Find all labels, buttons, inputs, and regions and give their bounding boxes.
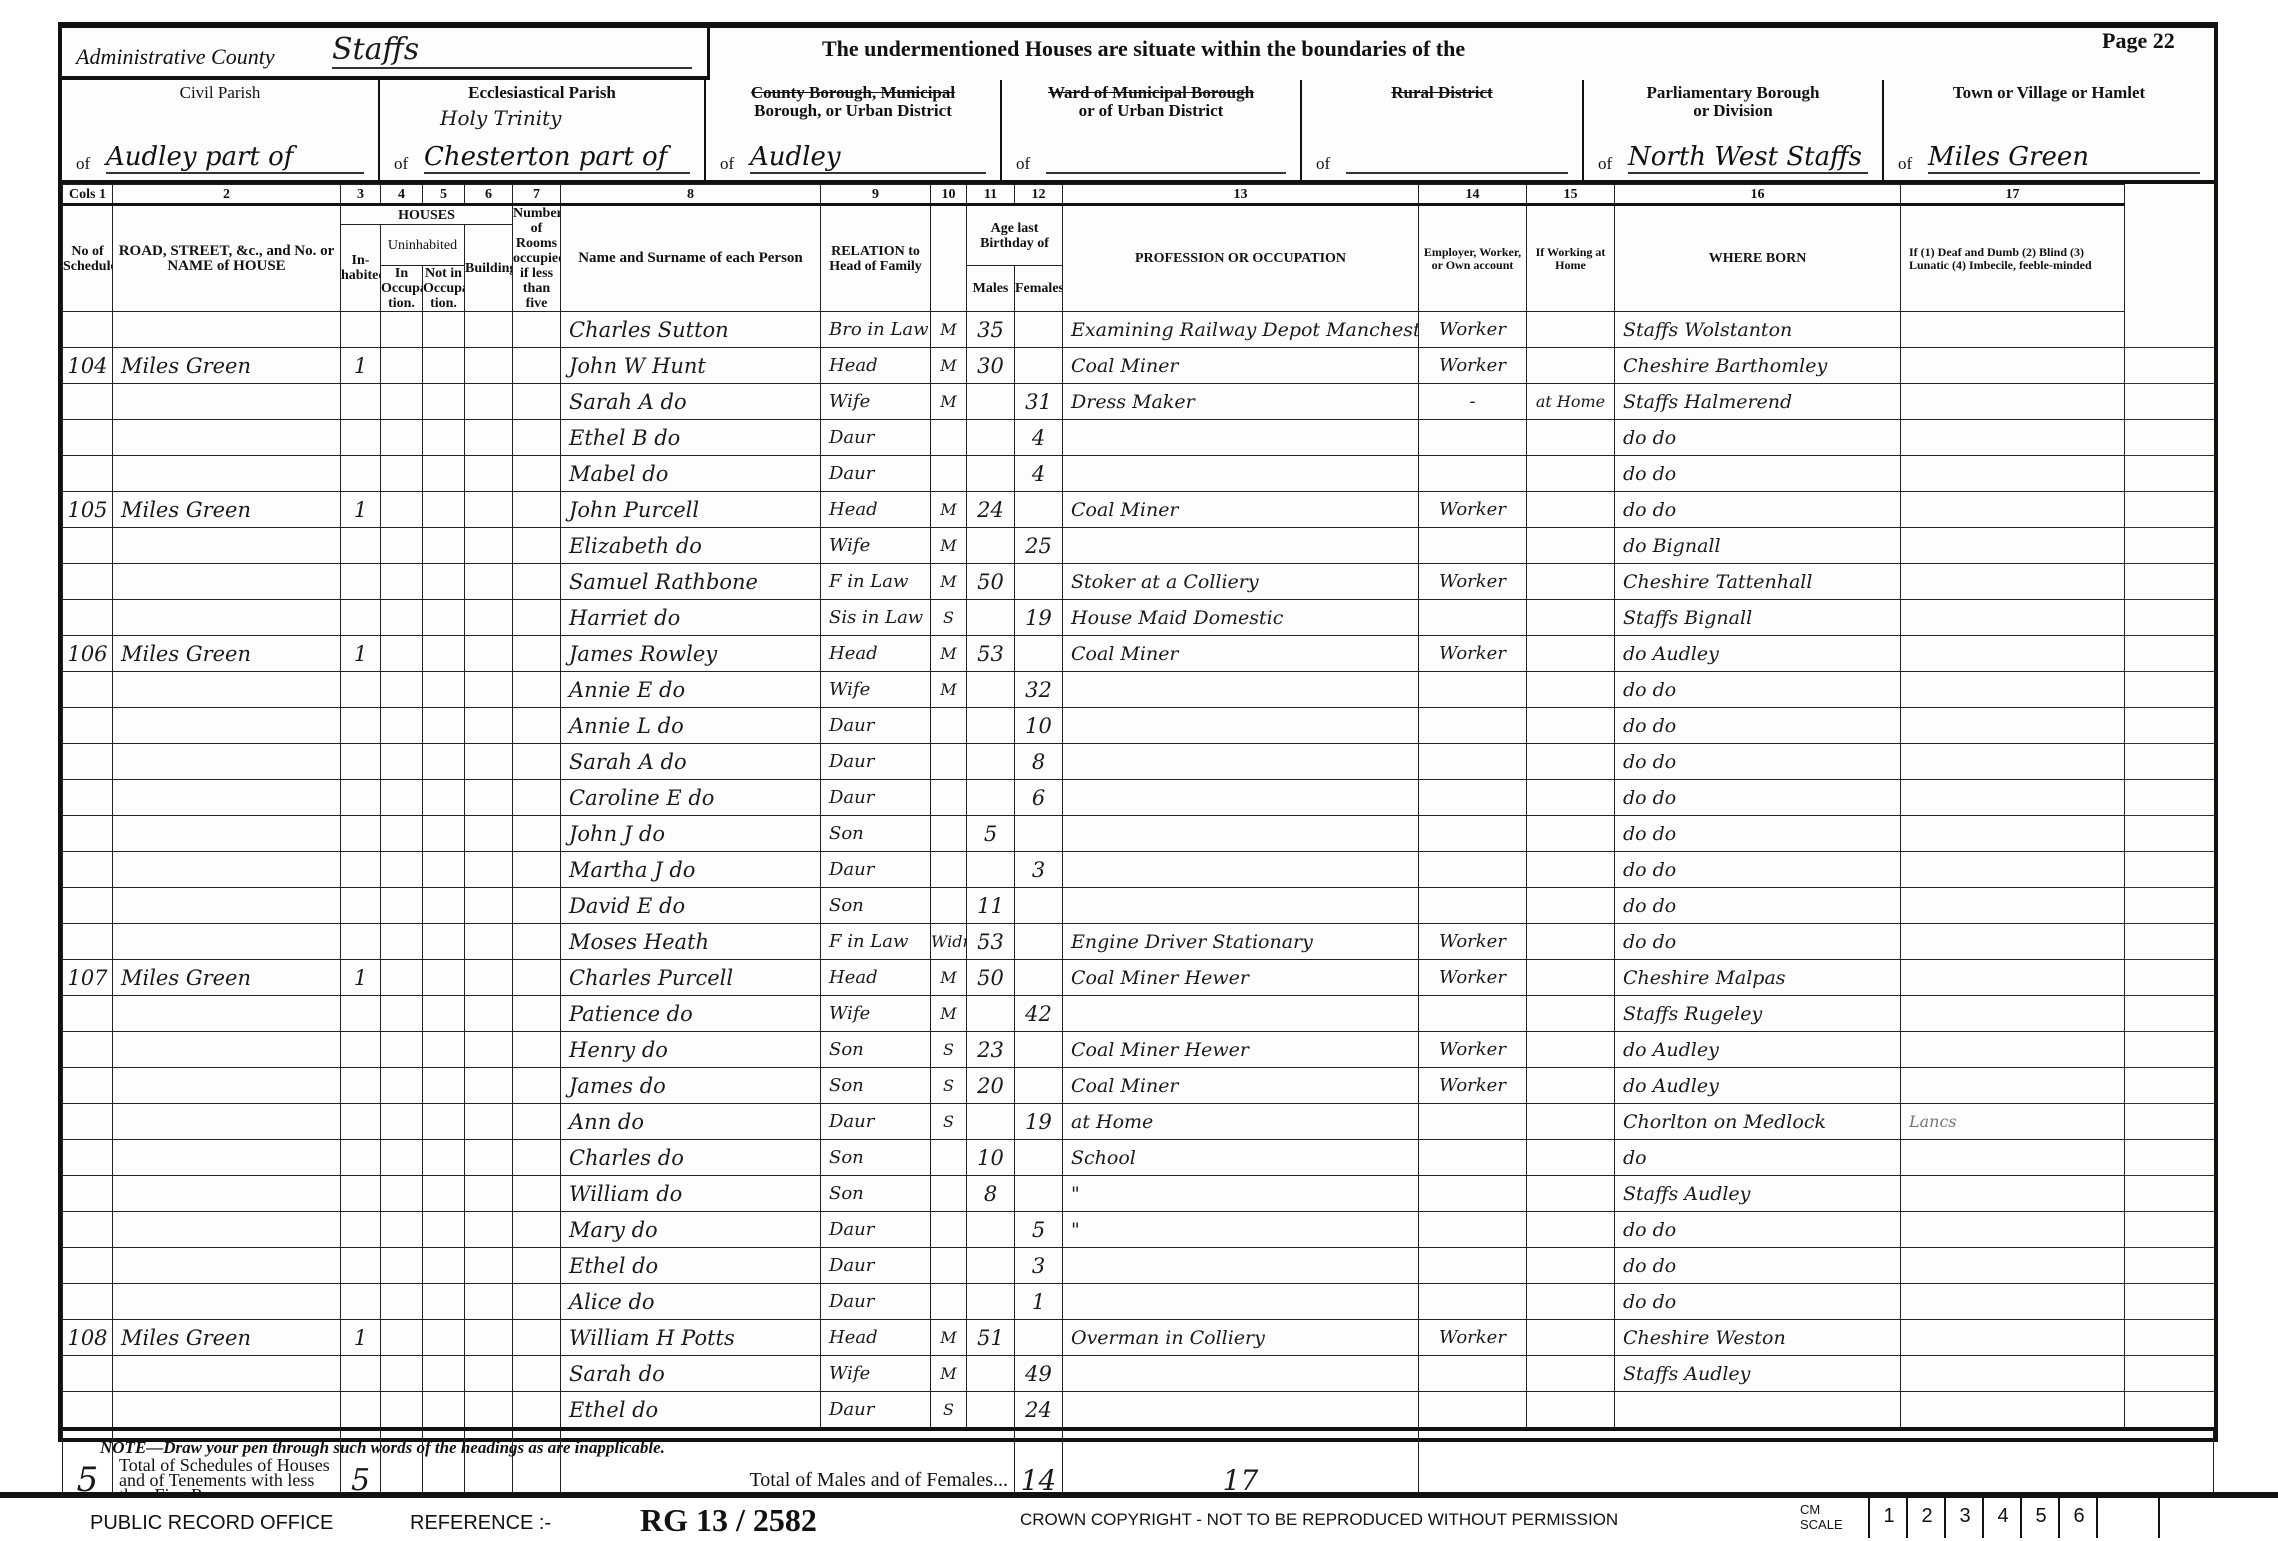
schedule-number: 107 xyxy=(63,960,113,996)
female-age: 8 xyxy=(1015,744,1063,780)
inhabited-count xyxy=(341,600,381,636)
birthplace: do Audley xyxy=(1615,1032,1901,1068)
road-name xyxy=(113,1356,341,1392)
infirmity xyxy=(1901,1248,2125,1284)
employment-status xyxy=(1419,852,1527,888)
relation-to-head: Daur xyxy=(821,456,931,492)
not-in-occupation-cell xyxy=(423,312,465,348)
infirmity xyxy=(1901,672,2125,708)
inhabited-count xyxy=(341,672,381,708)
infirmity xyxy=(1901,924,2125,960)
road-name xyxy=(113,996,341,1032)
infirmity xyxy=(1901,708,2125,744)
relation-to-head: Wife xyxy=(821,996,931,1032)
person-name: Sarah A do xyxy=(561,384,821,420)
marital-condition: S xyxy=(931,1068,967,1104)
employment-status xyxy=(1419,600,1527,636)
marital-condition: M xyxy=(931,996,967,1032)
reference-label: REFERENCE :- xyxy=(410,1512,551,1535)
birthplace: Staffs Halmerend xyxy=(1615,384,1901,420)
working-at-home xyxy=(1527,1068,1615,1104)
employment-status: Worker xyxy=(1419,924,1527,960)
schedule-number xyxy=(63,528,113,564)
in-occupation-cell xyxy=(381,1068,423,1104)
parliamentary-value: North West Staffs xyxy=(1628,142,1868,174)
occupation: Stoker at a Colliery xyxy=(1063,564,1419,600)
infirmity xyxy=(1901,312,2125,348)
not-in-occupation-cell xyxy=(423,600,465,636)
inhabited-count: 1 xyxy=(341,1320,381,1356)
working-at-home xyxy=(1527,564,1615,600)
building-cell xyxy=(465,1176,513,1212)
infirmity xyxy=(1901,564,2125,600)
birthplace: Cheshire Weston xyxy=(1615,1320,1901,1356)
relation-to-head: Daur xyxy=(821,1392,931,1430)
not-in-occupation-cell xyxy=(423,1248,465,1284)
working-at-home xyxy=(1527,420,1615,456)
col-number: 10 xyxy=(931,185,967,205)
relation-heading: RELATION to Head of Family xyxy=(821,205,931,312)
working-at-home xyxy=(1527,492,1615,528)
table-row: Mabel do Daur 4 do do xyxy=(63,456,2214,492)
occupation: School xyxy=(1063,1140,1419,1176)
infirmity xyxy=(1901,420,2125,456)
in-occupation-cell xyxy=(381,888,423,924)
occupation xyxy=(1063,996,1419,1032)
inhabited-count xyxy=(341,528,381,564)
relation-to-head: Head xyxy=(821,492,931,528)
rooms-cell xyxy=(513,348,561,384)
female-age: 5 xyxy=(1015,1212,1063,1248)
in-occupation-cell xyxy=(381,420,423,456)
road-name xyxy=(113,924,341,960)
condition-heading: Condition as to Marriage xyxy=(931,205,967,312)
rooms-cell xyxy=(513,1104,561,1140)
employment-status xyxy=(1419,456,1527,492)
birthplace: do do xyxy=(1615,1284,1901,1320)
building-cell xyxy=(465,960,513,996)
male-age xyxy=(967,1248,1015,1284)
person-name: David E do xyxy=(561,888,821,924)
occupation-heading: PROFESSION OR OCCUPATION xyxy=(1063,205,1419,312)
rooms-cell xyxy=(513,708,561,744)
boundaries-row: Civil Parish of Audley part of Ecclesias… xyxy=(62,80,2214,184)
archive-reference: RG 13 / 2582 xyxy=(640,1502,817,1539)
marital-condition: S xyxy=(931,1392,967,1430)
marital-condition: M xyxy=(931,564,967,600)
rural-district-value xyxy=(1346,172,1568,174)
table-row: Harriet do Sis in Law S 19 House Maid Do… xyxy=(63,600,2214,636)
relation-to-head: Daur xyxy=(821,744,931,780)
col-number: 14 xyxy=(1419,185,1527,205)
female-age: 10 xyxy=(1015,708,1063,744)
male-age xyxy=(967,384,1015,420)
employment-status xyxy=(1419,1284,1527,1320)
birthplace: Staffs Audley xyxy=(1615,1356,1901,1392)
ecclesiastical-parish-field: Ecclesiastical Parish Holy Trinity of Ch… xyxy=(380,80,706,180)
female-age xyxy=(1015,636,1063,672)
in-occupation-cell xyxy=(381,528,423,564)
working-at-home xyxy=(1527,312,1615,348)
employment-status: Worker xyxy=(1419,348,1527,384)
road-name xyxy=(113,708,341,744)
birthplace: do do xyxy=(1615,672,1901,708)
road-name xyxy=(113,1392,341,1430)
table-row: 107 Miles Green 1 Charles Purcell Head M… xyxy=(63,960,2214,996)
col-number: 16 xyxy=(1615,185,1901,205)
in-occupation-cell xyxy=(381,708,423,744)
infirmity xyxy=(1901,600,2125,636)
inhabited-count xyxy=(341,1248,381,1284)
occupation xyxy=(1063,420,1419,456)
not-in-occupation-cell xyxy=(423,420,465,456)
ecclesiastical-parish-label: Ecclesiastical Parish xyxy=(380,84,704,102)
person-name: Patience do xyxy=(561,996,821,1032)
table-row: William do Son 8 " Staffs Audley xyxy=(63,1176,2214,1212)
col-number: 2 xyxy=(113,185,341,205)
table-row: Ethel do Daur 3 do do xyxy=(63,1248,2214,1284)
of-label: of xyxy=(1898,154,1912,174)
male-age: 50 xyxy=(967,960,1015,996)
houses-heading: HOUSES xyxy=(341,205,513,225)
instruction-note: NOTE—Draw your pen through such words of… xyxy=(100,1438,665,1458)
not-in-occupation-cell xyxy=(423,1284,465,1320)
in-occupation-cell xyxy=(381,1284,423,1320)
inhabited-count xyxy=(341,708,381,744)
in-occupation-cell xyxy=(381,816,423,852)
birthplace: Cheshire Tattenhall xyxy=(1615,564,1901,600)
male-age: 23 xyxy=(967,1032,1015,1068)
scale-label: CM SCALE xyxy=(1800,1502,1840,1532)
infirmity xyxy=(1901,528,2125,564)
schedule-number xyxy=(63,1212,113,1248)
in-occupation-cell xyxy=(381,672,423,708)
employment-status: Worker xyxy=(1419,564,1527,600)
relation-to-head: Son xyxy=(821,1068,931,1104)
employment-status xyxy=(1419,996,1527,1032)
age-heading: Age last Birthday of xyxy=(967,205,1063,266)
occupation xyxy=(1063,1248,1419,1284)
road-name xyxy=(113,816,341,852)
occupation: at Home xyxy=(1063,1104,1419,1140)
marital-condition xyxy=(931,1284,967,1320)
female-age: 19 xyxy=(1015,600,1063,636)
relation-to-head: Sis in Law xyxy=(821,600,931,636)
birthplace: do xyxy=(1615,1140,1901,1176)
building-cell xyxy=(465,1104,513,1140)
marital-condition: M xyxy=(931,348,967,384)
female-age xyxy=(1015,312,1063,348)
infirmity xyxy=(1901,456,2125,492)
birthplace: Cheshire Barthomley xyxy=(1615,348,1901,384)
marital-condition: M xyxy=(931,1320,967,1356)
female-age: 42 xyxy=(1015,996,1063,1032)
person-name: Caroline E do xyxy=(561,780,821,816)
male-age xyxy=(967,1284,1015,1320)
admin-county-box: Administrative County Staffs xyxy=(62,28,710,80)
working-at-home xyxy=(1527,1140,1615,1176)
civil-parish-value: Audley part of xyxy=(106,142,364,174)
birthplace: do do xyxy=(1615,744,1901,780)
county-borough-label-struck: County Borough, Municipal xyxy=(706,84,1000,102)
urban-district-value: Audley xyxy=(750,142,986,174)
schedule-number xyxy=(63,1392,113,1430)
road-name xyxy=(113,1068,341,1104)
female-age xyxy=(1015,348,1063,384)
person-name: Elizabeth do xyxy=(561,528,821,564)
in-occupation-cell xyxy=(381,312,423,348)
in-occupation-cell xyxy=(381,1104,423,1140)
building-cell xyxy=(465,888,513,924)
person-name: Annie E do xyxy=(561,672,821,708)
road-name xyxy=(113,1140,341,1176)
working-at-home-heading: If Working at Home xyxy=(1527,205,1615,312)
inhabited-count xyxy=(341,996,381,1032)
col-number: 4 xyxy=(381,185,423,205)
male-age: 24 xyxy=(967,492,1015,528)
person-name: Annie L do xyxy=(561,708,821,744)
not-in-occupation-cell xyxy=(423,780,465,816)
schedule-number: 108 xyxy=(63,1320,113,1356)
town-value: Miles Green xyxy=(1928,142,2200,174)
marital-condition: M xyxy=(931,960,967,996)
employment-status xyxy=(1419,780,1527,816)
copyright-notice: CROWN COPYRIGHT - NOT TO BE REPRODUCED W… xyxy=(1020,1510,1618,1530)
of-label: of xyxy=(1016,154,1030,174)
ward-value xyxy=(1046,172,1286,174)
male-age xyxy=(967,1392,1015,1430)
male-age: 30 xyxy=(967,348,1015,384)
occupation xyxy=(1063,744,1419,780)
birthplace: Staffs Audley xyxy=(1615,1176,1901,1212)
ward-label-struck: Ward of Municipal Borough xyxy=(1002,84,1300,102)
table-row: Annie L do Daur 10 do do xyxy=(63,708,2214,744)
infirmity-heading: If (1) Deaf and Dumb (2) Blind (3) Lunat… xyxy=(1901,205,2125,312)
relation-to-head: Son xyxy=(821,816,931,852)
building-heading: Building xyxy=(465,225,513,312)
employment-status xyxy=(1419,528,1527,564)
table-row: Annie E do Wife M 32 do do xyxy=(63,672,2214,708)
ward-label: or of Urban District xyxy=(1002,102,1300,120)
in-occupation-cell xyxy=(381,1392,423,1430)
marital-condition: M xyxy=(931,492,967,528)
rooms-cell xyxy=(513,312,561,348)
not-in-occupation-cell xyxy=(423,636,465,672)
col-number: 8 xyxy=(561,185,821,205)
infirmity xyxy=(1901,1032,2125,1068)
rooms-cell xyxy=(513,456,561,492)
birthplace: do do xyxy=(1615,456,1901,492)
infirmity xyxy=(1901,852,2125,888)
birthplace: do do xyxy=(1615,420,1901,456)
building-cell xyxy=(465,636,513,672)
of-label: of xyxy=(1316,154,1330,174)
rooms-cell xyxy=(513,1140,561,1176)
birthplace: do do xyxy=(1615,780,1901,816)
occupation xyxy=(1063,1356,1419,1392)
name-heading: Name and Surname of each Person xyxy=(561,205,821,312)
female-age xyxy=(1015,1176,1063,1212)
building-cell xyxy=(465,348,513,384)
col-number: 13 xyxy=(1063,185,1419,205)
col-number: 9 xyxy=(821,185,931,205)
occupation: Coal Miner xyxy=(1063,1068,1419,1104)
occupation: Coal Miner xyxy=(1063,636,1419,672)
occupation: Coal Miner Hewer xyxy=(1063,960,1419,996)
table-row: Patience do Wife M 42 Staffs Rugeley xyxy=(63,996,2214,1032)
in-occupation-heading: In Occupa-tion. xyxy=(381,266,423,312)
birthplace: do do xyxy=(1615,816,1901,852)
infirmity xyxy=(1901,1140,2125,1176)
inhabited-count xyxy=(341,1212,381,1248)
female-age xyxy=(1015,888,1063,924)
schedule-number xyxy=(63,1284,113,1320)
road-name xyxy=(113,528,341,564)
marital-condition xyxy=(931,888,967,924)
infirmity xyxy=(1901,1392,2125,1430)
of-label: of xyxy=(394,154,408,174)
birthplace: do do xyxy=(1615,852,1901,888)
col-number: 6 xyxy=(465,185,513,205)
relation-to-head: Head xyxy=(821,636,931,672)
road-name xyxy=(113,744,341,780)
employment-status xyxy=(1419,1392,1527,1430)
not-in-occupation-cell xyxy=(423,744,465,780)
building-cell xyxy=(465,528,513,564)
scale-mark: 6 xyxy=(2058,1498,2098,1538)
marital-condition: Widr xyxy=(931,924,967,960)
table-row: Sarah do Wife M 49 Staffs Audley xyxy=(63,1356,2214,1392)
column-numbers-row: Cols 1 2 3 4 5 6 7 8 9 10 11 12 13 14 15… xyxy=(63,185,2214,205)
occupation xyxy=(1063,456,1419,492)
rooms-cell xyxy=(513,384,561,420)
col-number: 15 xyxy=(1527,185,1615,205)
in-occupation-cell xyxy=(381,1176,423,1212)
not-in-occupation-cell xyxy=(423,384,465,420)
schedule-number: 104 xyxy=(63,348,113,384)
birthplace: Staffs Rugeley xyxy=(1615,996,1901,1032)
person-name: Mabel do xyxy=(561,456,821,492)
schedule-number xyxy=(63,1104,113,1140)
birthplace: Cheshire Malpas xyxy=(1615,960,1901,996)
female-age: 3 xyxy=(1015,852,1063,888)
marital-condition xyxy=(931,1212,967,1248)
of-label: of xyxy=(720,154,734,174)
relation-to-head: F in Law xyxy=(821,924,931,960)
parliamentary-field: Parliamentary Borough or Division of Nor… xyxy=(1584,80,1884,180)
inhabited-count xyxy=(341,1284,381,1320)
road-name: Miles Green xyxy=(113,960,341,996)
relation-to-head: F in Law xyxy=(821,564,931,600)
rooms-cell xyxy=(513,1248,561,1284)
urban-district-field: County Borough, Municipal Borough, or Ur… xyxy=(706,80,1002,180)
relation-to-head: Daur xyxy=(821,780,931,816)
marital-condition xyxy=(931,852,967,888)
rooms-cell xyxy=(513,600,561,636)
schedule-number xyxy=(63,1176,113,1212)
male-age xyxy=(967,996,1015,1032)
female-age xyxy=(1015,924,1063,960)
schedule-number xyxy=(63,996,113,1032)
working-at-home xyxy=(1527,1032,1615,1068)
male-age: 5 xyxy=(967,816,1015,852)
building-cell xyxy=(465,924,513,960)
not-in-occupation-cell xyxy=(423,816,465,852)
occupation xyxy=(1063,528,1419,564)
road-name xyxy=(113,672,341,708)
females-heading: Females xyxy=(1015,266,1063,312)
working-at-home xyxy=(1527,1356,1615,1392)
male-age xyxy=(967,744,1015,780)
in-occupation-cell xyxy=(381,852,423,888)
female-age xyxy=(1015,1032,1063,1068)
infirmity xyxy=(1901,744,2125,780)
rooms-cell xyxy=(513,888,561,924)
relation-to-head: Daur xyxy=(821,852,931,888)
marital-condition xyxy=(931,456,967,492)
male-age xyxy=(967,708,1015,744)
inhabited-count xyxy=(341,456,381,492)
males-heading: Males xyxy=(967,266,1015,312)
person-name: James Rowley xyxy=(561,636,821,672)
rooms-cell xyxy=(513,996,561,1032)
table-row: Ethel do Daur S 24 xyxy=(63,1392,2214,1430)
inhabited-count xyxy=(341,1068,381,1104)
marital-condition xyxy=(931,744,967,780)
building-cell xyxy=(465,1248,513,1284)
female-age: 49 xyxy=(1015,1356,1063,1392)
working-at-home xyxy=(1527,960,1615,996)
marital-condition: M xyxy=(931,636,967,672)
urban-district-label: Borough, or Urban District xyxy=(706,102,1000,120)
working-at-home xyxy=(1527,672,1615,708)
not-in-occupation-cell xyxy=(423,1320,465,1356)
person-name: Harriet do xyxy=(561,600,821,636)
infirmity xyxy=(1901,492,2125,528)
marital-condition xyxy=(931,1140,967,1176)
female-age: 4 xyxy=(1015,420,1063,456)
in-occupation-cell xyxy=(381,636,423,672)
building-cell xyxy=(465,492,513,528)
infirmity xyxy=(1901,816,2125,852)
schedule-number xyxy=(63,888,113,924)
of-label: of xyxy=(1598,154,1612,174)
road-name xyxy=(113,780,341,816)
person-name: Ethel B do xyxy=(561,420,821,456)
employer-heading: Employer, Worker, or Own account xyxy=(1419,205,1527,312)
inhabited-count xyxy=(341,564,381,600)
birthplace: do do xyxy=(1615,492,1901,528)
occupation: Coal Miner xyxy=(1063,492,1419,528)
table-row: Martha J do Daur 3 do do xyxy=(63,852,2214,888)
employment-status xyxy=(1419,1104,1527,1140)
building-cell xyxy=(465,1068,513,1104)
rooms-cell xyxy=(513,492,561,528)
birthplace: Chorlton on Medlock xyxy=(1615,1104,1901,1140)
schedule-number xyxy=(63,1140,113,1176)
female-age xyxy=(1015,1320,1063,1356)
rooms-cell xyxy=(513,1068,561,1104)
not-in-occupation-cell xyxy=(423,852,465,888)
table-row: Alice do Daur 1 do do xyxy=(63,1284,2214,1320)
marital-condition xyxy=(931,420,967,456)
rooms-cell xyxy=(513,960,561,996)
building-cell xyxy=(465,780,513,816)
road-name xyxy=(113,852,341,888)
not-in-occupation-cell xyxy=(423,1140,465,1176)
col-number: 17 xyxy=(1901,185,2125,205)
table-row: John J do Son 5 do do xyxy=(63,816,2214,852)
